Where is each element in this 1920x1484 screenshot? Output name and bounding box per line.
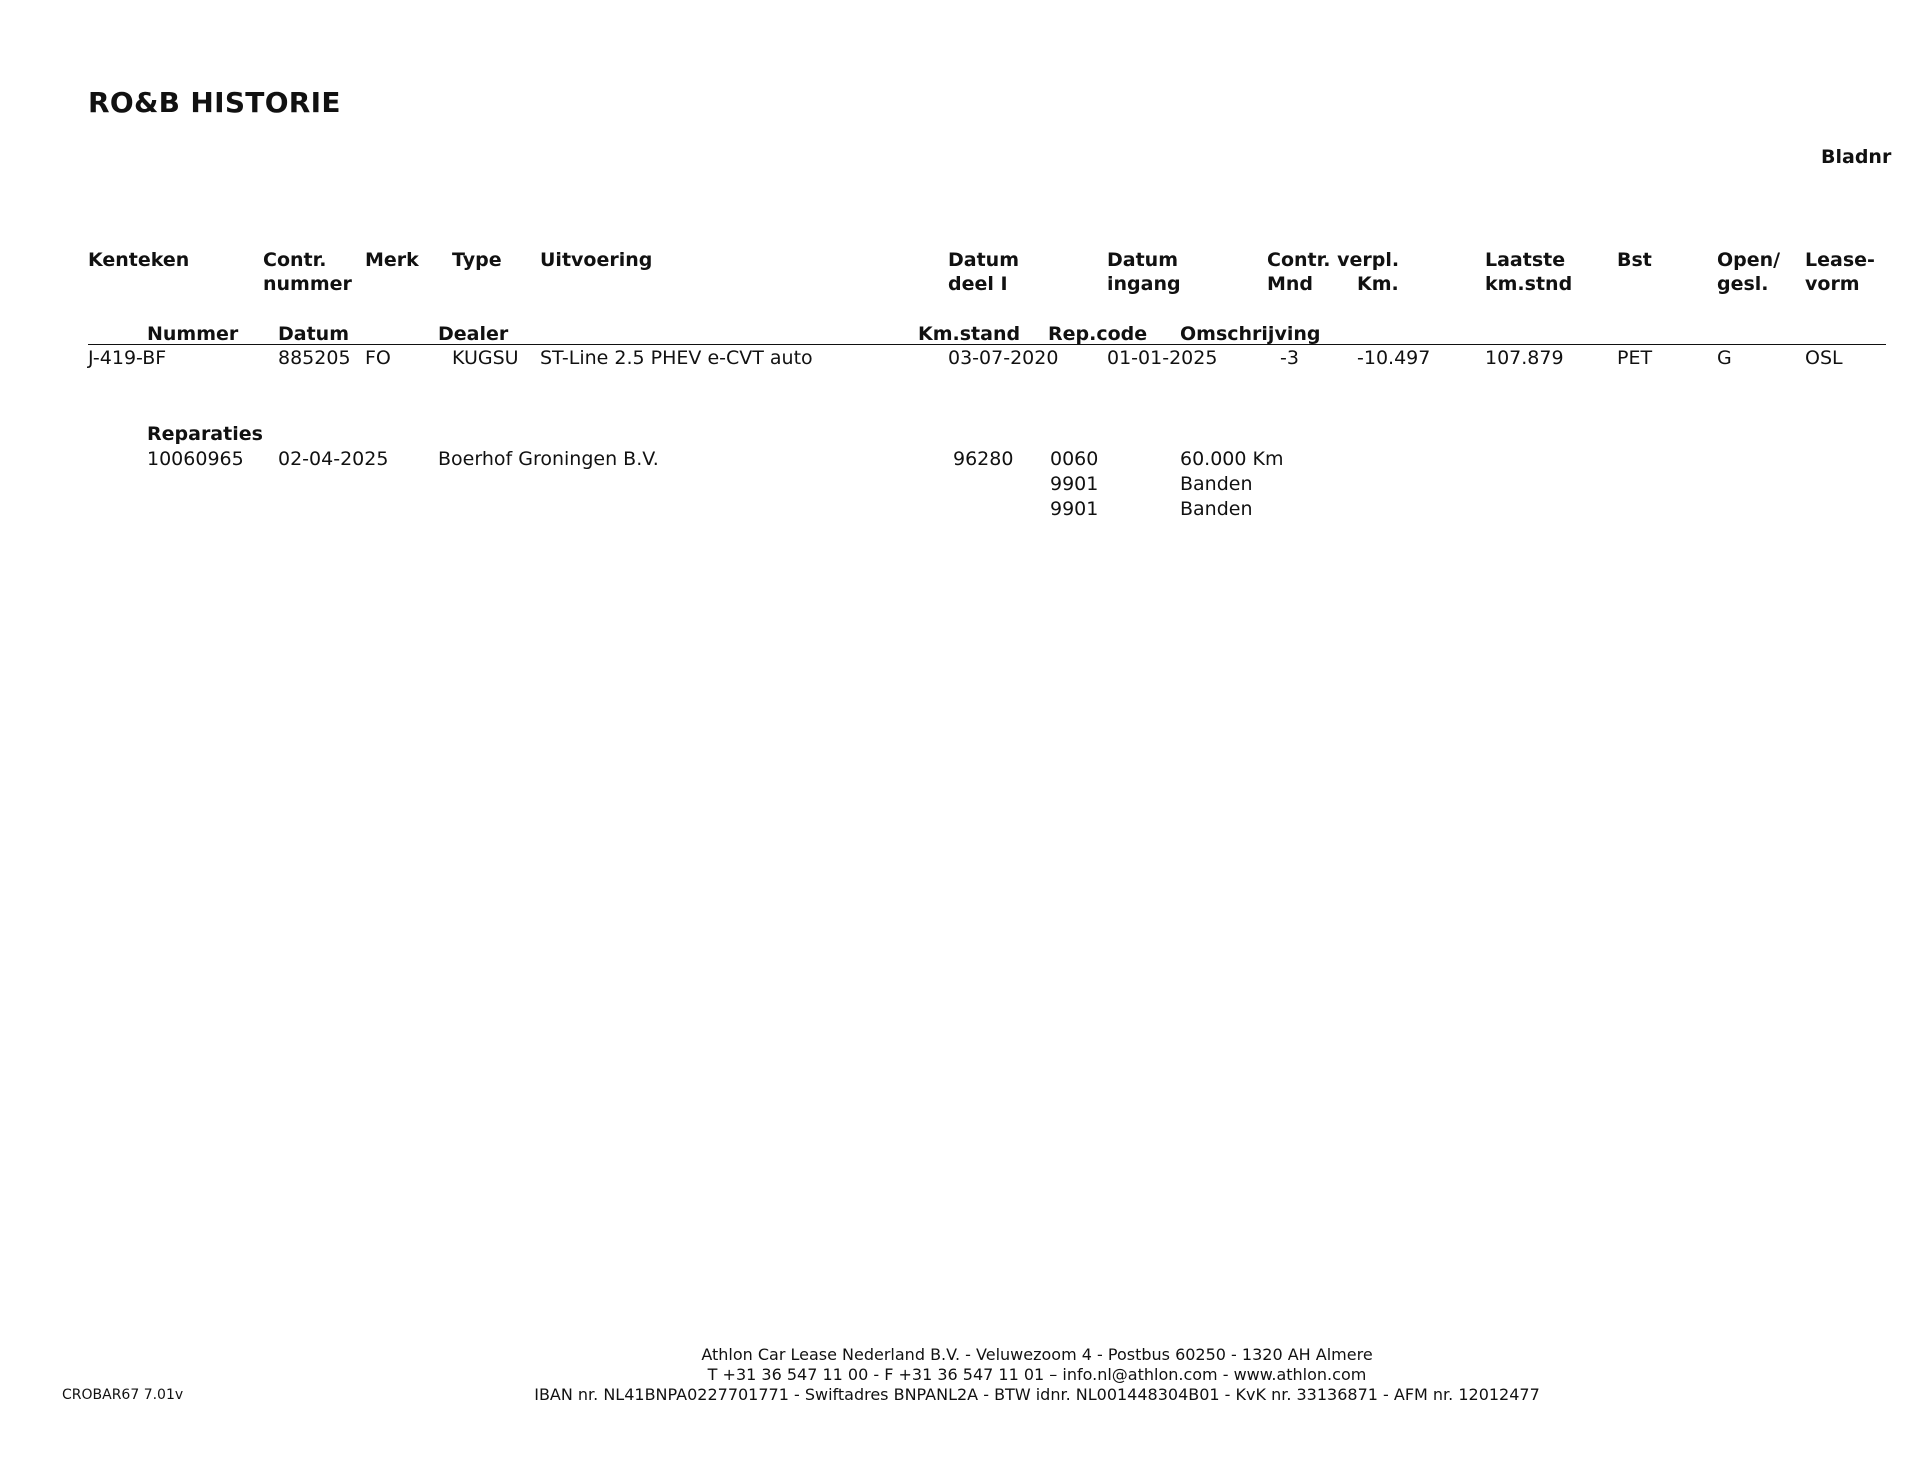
repair-datum: 02-04-2025 <box>278 447 388 471</box>
header-merk: Merk <box>365 248 419 272</box>
vehicle-open-gesl: G <box>1717 346 1732 370</box>
repair-nummer: 10060965 <box>147 447 244 471</box>
repair-omschrijving: 60.000 Km <box>1180 447 1284 472</box>
repair-descriptions: 60.000 Km Banden Banden <box>1180 447 1284 522</box>
vehicle-lease-vorm: OSL <box>1805 346 1843 370</box>
page-title: RO&B HISTORIE <box>88 86 341 119</box>
footer-company-address: Athlon Car Lease Nederland B.V. - Veluwe… <box>387 1345 1687 1365</box>
vehicle-bst: PET <box>1617 346 1652 370</box>
page-number-label: Bladnr <box>1821 146 1891 168</box>
repair-omschrijving: Banden <box>1180 472 1284 497</box>
repairs-section-label: Reparaties <box>147 422 263 446</box>
header-lease-vorm: Lease-vorm <box>1805 248 1875 296</box>
repair-dealer: Boerhof Groningen B.V. <box>438 447 659 471</box>
header-laatste-km-stnd: Laatstekm.stnd <box>1485 248 1572 296</box>
header-bst: Bst <box>1617 248 1652 272</box>
header-contract-nummer: Contr.nummer <box>263 248 352 296</box>
subheader-omschrijving: Omschrijving <box>1180 322 1320 346</box>
vehicle-datum-deel-i: 03-07-2020 <box>948 346 1058 370</box>
header-datum-ingang: Datumingang <box>1107 248 1181 296</box>
repair-code: 9901 <box>1050 497 1098 522</box>
vehicle-km: -10.497 <box>1357 346 1430 370</box>
repair-code: 0060 <box>1050 447 1098 472</box>
repair-omschrijving: Banden <box>1180 497 1284 522</box>
repair-km-stand: 96280 <box>953 447 1013 471</box>
vehicle-mnd: -3 <box>1280 346 1299 370</box>
header-datum-deel-i: Datumdeel I <box>948 248 1019 296</box>
header-type: Type <box>452 248 502 272</box>
subheader-dealer: Dealer <box>438 322 508 346</box>
vehicle-laatste-km: 107.879 <box>1485 346 1564 370</box>
footer-contact: T +31 36 547 11 00 - F +31 36 547 11 01 … <box>387 1365 1687 1385</box>
subheader-km-stand: Km.stand <box>918 322 1020 346</box>
report-version: CROBAR67 7.01v <box>62 1387 183 1403</box>
footer-registration: IBAN nr. NL41BNPA0227701771 - Swiftadres… <box>387 1385 1687 1405</box>
repair-code: 9901 <box>1050 472 1098 497</box>
repair-codes: 0060 9901 9901 <box>1050 447 1098 522</box>
header-kenteken: Kenteken <box>88 248 189 272</box>
subheader-datum: Datum <box>278 322 349 346</box>
header-divider <box>88 344 1886 345</box>
header-open-gesl: Open/gesl. <box>1717 248 1780 296</box>
vehicle-datum-ingang: 01-01-2025 <box>1107 346 1217 370</box>
subheader-nummer: Nummer <box>147 322 238 346</box>
header-verpl-km: Km. <box>1357 272 1399 296</box>
vehicle-merk: FO <box>365 346 391 370</box>
header-uitvoering: Uitvoering <box>540 248 652 272</box>
vehicle-kenteken: J-419-BF <box>88 346 166 370</box>
subheader-rep-code: Rep.code <box>1048 322 1147 346</box>
vehicle-type: KUGSU <box>452 346 519 370</box>
vehicle-contract: 885205 <box>278 346 351 370</box>
vehicle-uitvoering: ST-Line 2.5 PHEV e-CVT auto <box>540 346 813 370</box>
